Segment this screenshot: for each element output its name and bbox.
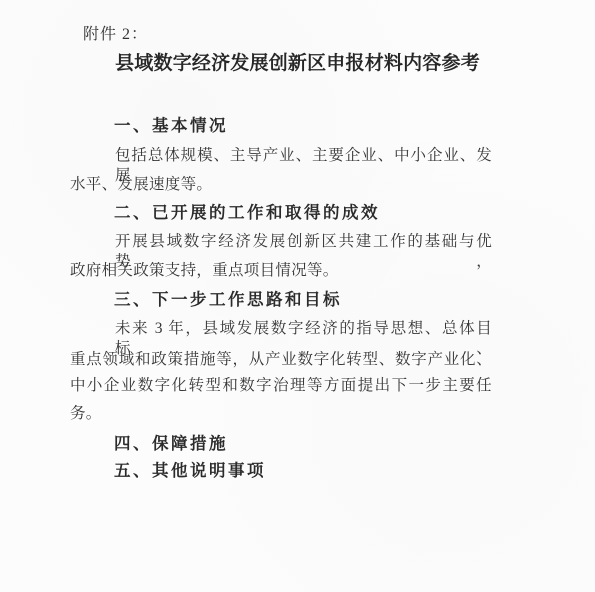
section-5-heading: 五、其他说明事项 (114, 461, 266, 481)
section-4-heading: 四、保障措施 (114, 434, 228, 454)
document-page: 附件 2： 县域数字经济发展创新区申报材料内容参考 一、基本情况 包括总体规模、… (0, 0, 595, 592)
section-2-heading: 二、已开展的工作和取得的成效 (114, 203, 380, 223)
section-3-paragraph-line-3: 中小企业数字化转型和数字治理等方面提出下一步主要任 (70, 376, 492, 396)
section-2-paragraph-line-2: 政府相关政策支持，重点项目情况等。 (70, 261, 492, 281)
attachment-label: 附件 2： (83, 25, 148, 45)
section-1-paragraph-line-2: 水平、发展速度等。 (70, 175, 492, 195)
section-3-paragraph-line-2: 重点领域和政策措施等，从产业数字化转型、数字产业化、 (70, 350, 492, 370)
section-3-paragraph-line-4: 务。 (70, 404, 492, 424)
section-3-heading: 三、下一步工作思路和目标 (114, 290, 342, 310)
document-title: 县域数字经济发展创新区申报材料内容参考 (0, 52, 595, 76)
section-1-heading: 一、基本情况 (114, 116, 228, 136)
